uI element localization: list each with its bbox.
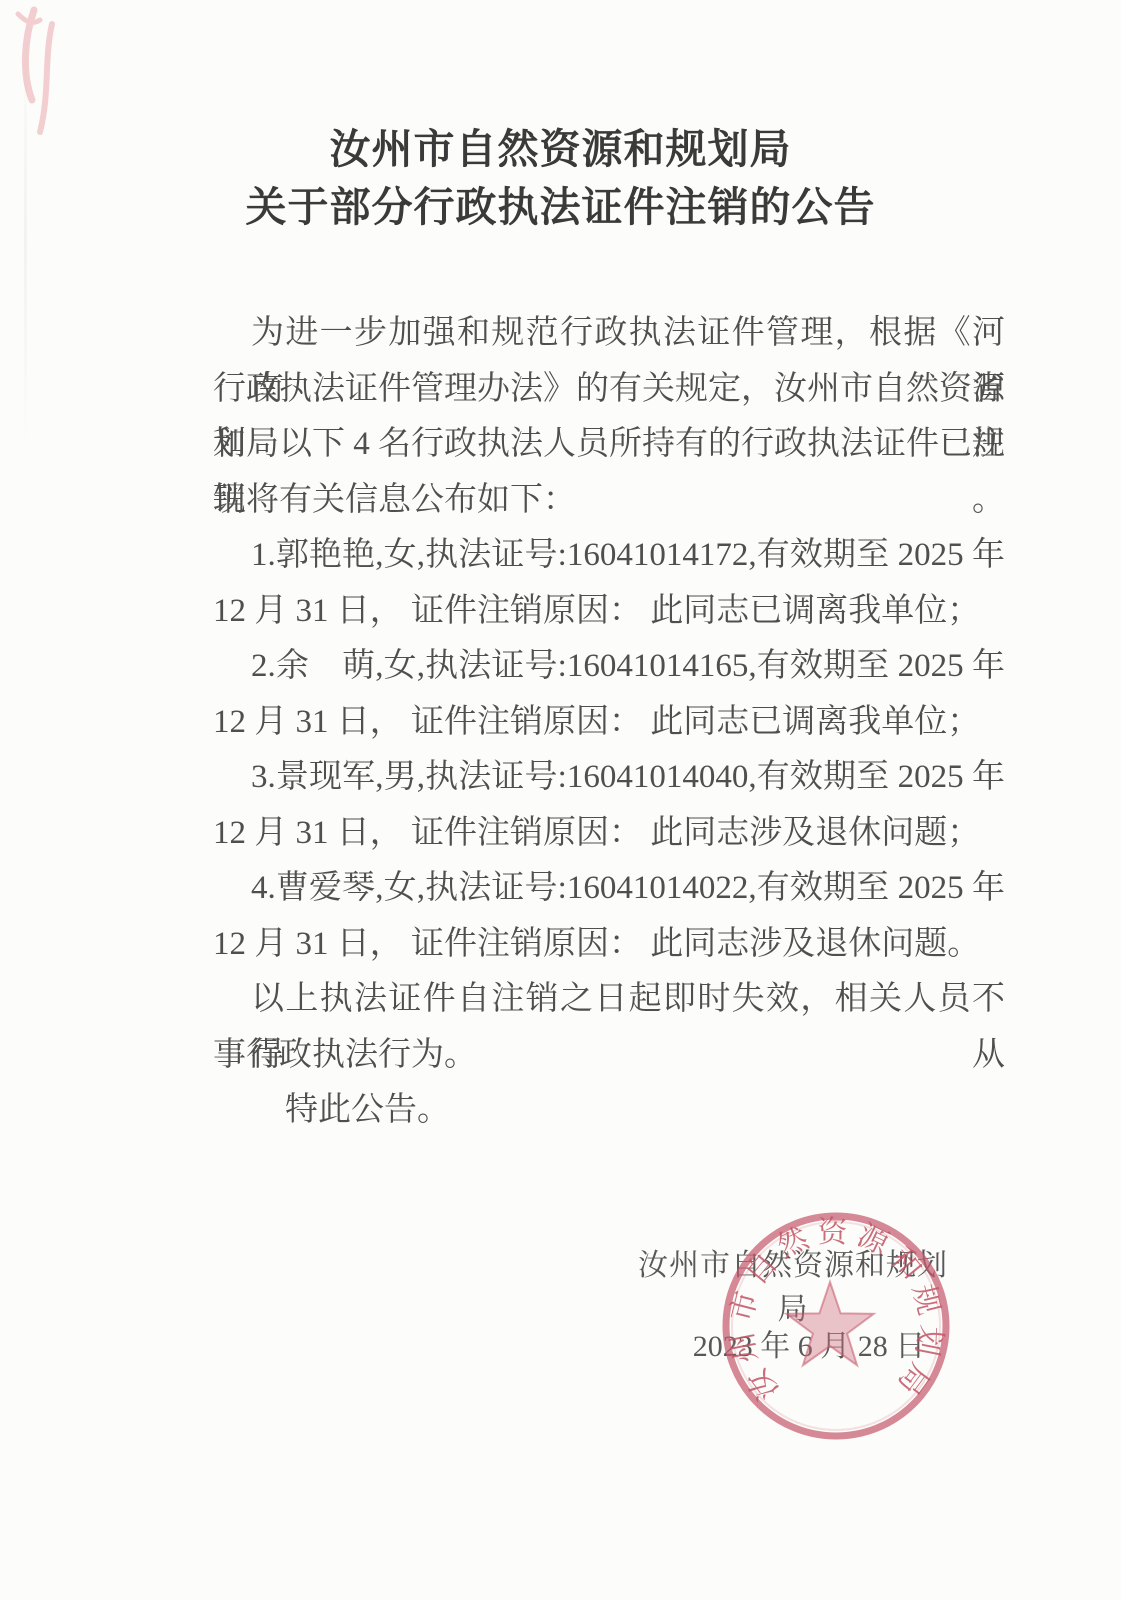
document-title-line2: 关于部分行政执法证件注销的公告 [0, 178, 1121, 236]
document-title-line1: 汝州市自然资源和规划局 [0, 120, 1121, 178]
red-pen-marks [6, 4, 76, 139]
body-line-closing-1: 以上执法证件自注销之日起即时失效，相关人员不得从 [213, 972, 1005, 1028]
document-body: 为进一步加强和规范行政执法证件管理，根据《河南省 行政执法证件管理办法》的有关规… [213, 306, 1005, 1139]
body-line-item1-b: 12 月 31 日， 证件注销原因： 此同志已调离我单位； [213, 584, 1005, 640]
body-line-item4-b: 12 月 31 日， 证件注销原因： 此同志涉及退休问题。 [213, 917, 1005, 973]
body-line-intro-2: 行政执法证件管理办法》的有关规定，汝州市自然资源和规 [213, 362, 1005, 418]
body-line-item2-a: 2.余 萌,女,执法证号:16041014165,有效期至 2025 年 [213, 639, 1005, 695]
body-line-hereby: 特此公告。 [213, 1083, 1005, 1139]
body-line-intro-1: 为进一步加强和规范行政执法证件管理，根据《河南省 [213, 306, 1005, 362]
body-line-item3-a: 3.景现军,男,执法证号:16041014040,有效期至 2025 年 [213, 750, 1005, 806]
document-page: 汝州市自然资源和规划局 关于部分行政执法证件注销的公告 为进一步加强和规范行政执… [0, 0, 1121, 1600]
body-line-intro-3: 划局以下 4 名行政执法人员所持有的行政执法证件已注销。 [213, 417, 1005, 473]
body-line-item2-b: 12 月 31 日， 证件注销原因： 此同志已调离我单位； [213, 695, 1005, 751]
body-line-item1-a: 1.郭艳艳,女,执法证号:16041014172,有效期至 2025 年 [213, 528, 1005, 584]
body-line-item3-b: 12 月 31 日， 证件注销原因： 此同志涉及退休问题； [213, 806, 1005, 862]
document-title: 汝州市自然资源和规划局 关于部分行政执法证件注销的公告 [0, 120, 1121, 236]
seal-star-icon [786, 1282, 873, 1365]
body-line-item4-a: 4.曹爱琴,女,执法证号:16041014022,有效期至 2025 年 [213, 861, 1005, 917]
official-seal: 汝州市自然资源和规划局 [716, 1206, 958, 1452]
